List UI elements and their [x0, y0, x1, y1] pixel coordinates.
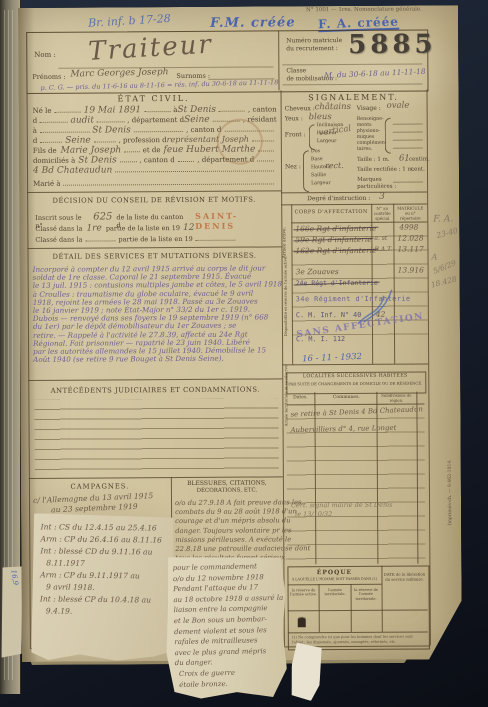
cheveux-value: châtains: [315, 103, 351, 112]
margin-note: 23-40: [436, 227, 459, 240]
margin-note-a: A: [432, 253, 438, 261]
printer-mark: Imprimés-ch. — 9.462-1914.: [449, 459, 454, 525]
etat-civil-line: Marié à: [33, 178, 277, 187]
spine-note: 16,9: [9, 569, 18, 585]
localites-col-dates: Dates.: [286, 396, 314, 401]
form-reference: N° 1001 — 1res. Nomenclature générale.: [306, 8, 422, 14]
taille-unit: centim.: [409, 157, 430, 163]
matricule-number: 5885: [348, 31, 437, 58]
margin-note: 5/6/29: [432, 259, 457, 275]
citations-text: o/o du 27.9.18 A fait preuve dans les co…: [175, 498, 281, 563]
spine-page-fragment: 16,9: [0, 566, 25, 659]
front-brace: [309, 124, 315, 150]
localites-title-1: LOCALITÉS SUCCESSIVES HABITÉES: [286, 375, 424, 381]
degre-label: Degré d'instruction :: [307, 196, 370, 202]
corps-header: CORPS D'AFFECTATION: [293, 210, 369, 215]
side-label-armee-active: Armée active.: [283, 227, 288, 259]
nom-value: Traiteur: [88, 32, 214, 65]
campagnes-title: CAMPAGNES.: [29, 483, 171, 491]
epoque-footnote: (1) Ne comprendre ici que pour les homme…: [292, 635, 424, 645]
campagnes-slip: Int : CS du 12.4.15 au 25.4.16 Arm : CP …: [31, 513, 175, 662]
localites-col-subdiv: Subdivisions de région.: [376, 394, 416, 403]
blue-scribble: [350, 284, 396, 328]
corps-row: 162e Rgt d'infanterie: [295, 247, 376, 255]
campagnes-line: au 23 septembre 1919: [51, 503, 138, 514]
corps-row: 59e Rgt d'infanterie: [295, 236, 371, 244]
visage-value: ovale: [387, 102, 410, 111]
controle-header: N° au contrôle spécial: [371, 206, 393, 221]
nez-label: Nez :: [285, 164, 301, 170]
corps-row: 166e Rgt d'infanterie: [295, 225, 376, 233]
matricule-header: MATRICULE ou n° répertoire: [394, 206, 426, 221]
taille-rect-unit: cent.: [411, 168, 425, 174]
classe-label-1: Classe: [286, 68, 306, 74]
visage-label: Visage :: [357, 106, 381, 112]
epoque-col1: la réserve de l'armée active.: [289, 588, 319, 597]
epoque-col2: l'armée territoriale.: [321, 588, 350, 597]
degre-value: 3: [379, 193, 385, 202]
decision-title: DÉCISION DU CONSEIL DE RÉVISION ET MOTIF…: [27, 196, 281, 204]
antecedents-title: ANTÉCÉDENTS JUDICIAIRES ET CONDAMNATIONS…: [28, 386, 282, 394]
pencil-note-top: Br. inf. b 17-28: [88, 13, 171, 29]
prenoms-label: Prénoms :: [32, 74, 65, 81]
surnoms-label: Surnoms :: [176, 73, 210, 80]
localites-pencil-note-1: Cert. signal mairie de St Denis: [291, 502, 393, 509]
front-value: vertical: [318, 125, 351, 138]
epoque-date-col: DATE de la libération du service militai…: [383, 572, 425, 582]
citations-slip: pour le commandement o/o du 12 novembre …: [165, 555, 288, 699]
corps-row: 3e Zouaves: [296, 268, 339, 276]
nez-value: rect.: [325, 162, 344, 170]
taille-rect-label: Taille rectifiée : 1 m.: [357, 168, 415, 174]
photo-backdrop: 16,9 N° 1001 — 1res. Nomenclature généra…: [0, 0, 488, 707]
marques-label-1: Marques: [357, 178, 382, 184]
decision-classe1-line: Classé dans la 1re partie de la liste en…: [35, 222, 275, 233]
nom-label: Nom :: [34, 52, 56, 59]
yeux-value: bleus: [309, 113, 332, 122]
localites-title-2: PAR SUITE DE CHANGEMENTS DE DOMICILE OU …: [286, 382, 424, 387]
marques-label-2: particulières :: [357, 185, 396, 191]
antecedents-ruled-lines: [34, 398, 278, 471]
citations-title-1: BLESSURES, CITATIONS,: [171, 480, 283, 487]
margin-note-fa: F. A.: [433, 215, 453, 224]
nez-brace: [303, 150, 309, 192]
matricule-label-1: Numéro matricule: [286, 38, 342, 44]
corps-row-stamp: C. M. I. 112: [296, 336, 345, 343]
epoque-subtitle: À LAQUELLE L'HOMME DOIT PASSER DANS (1): [287, 578, 381, 582]
decision-classe2-line: Classé dans la partie de la liste en 19: [35, 234, 275, 243]
ink-blot: [298, 614, 306, 627]
side-label-dispo-reserve: Disponibilité et réserve de l'armée acti…: [284, 256, 288, 337]
epoque-col3: la réserve de l'armée territoriale.: [352, 588, 381, 601]
localites-col-communes: Communes.: [316, 396, 376, 401]
etat-civil-line: 4 Bd Chateaudun: [33, 164, 277, 175]
etat-civil-title: ÉTAT CIVIL.: [27, 94, 281, 104]
blue-date-note: 16 - 11 - 1932: [302, 353, 362, 364]
front-label: Front :: [285, 132, 306, 138]
rens-brace: [385, 118, 391, 154]
taille-label: Taille : 1 m.: [357, 158, 390, 164]
services-text: Incorporé à compter du 12 avril 1915 arr…: [33, 264, 280, 364]
services-title: DÉTAIL DES SERVICES ET MUTATIONS DIVERSE…: [28, 252, 282, 260]
citations-title-2: DÉCORATIONS, ETC.: [171, 488, 283, 494]
matricule-label-2: du recrutement :: [286, 46, 338, 52]
yeux-label: Yeux :: [285, 116, 303, 122]
epoque-title: ÉPOQUE: [287, 570, 381, 577]
fm-creee-stamp: F.M. créée: [210, 16, 296, 30]
localites-pencil-note-2: le 13/10/32: [295, 511, 332, 518]
margin-note: 18.428: [430, 275, 457, 289]
